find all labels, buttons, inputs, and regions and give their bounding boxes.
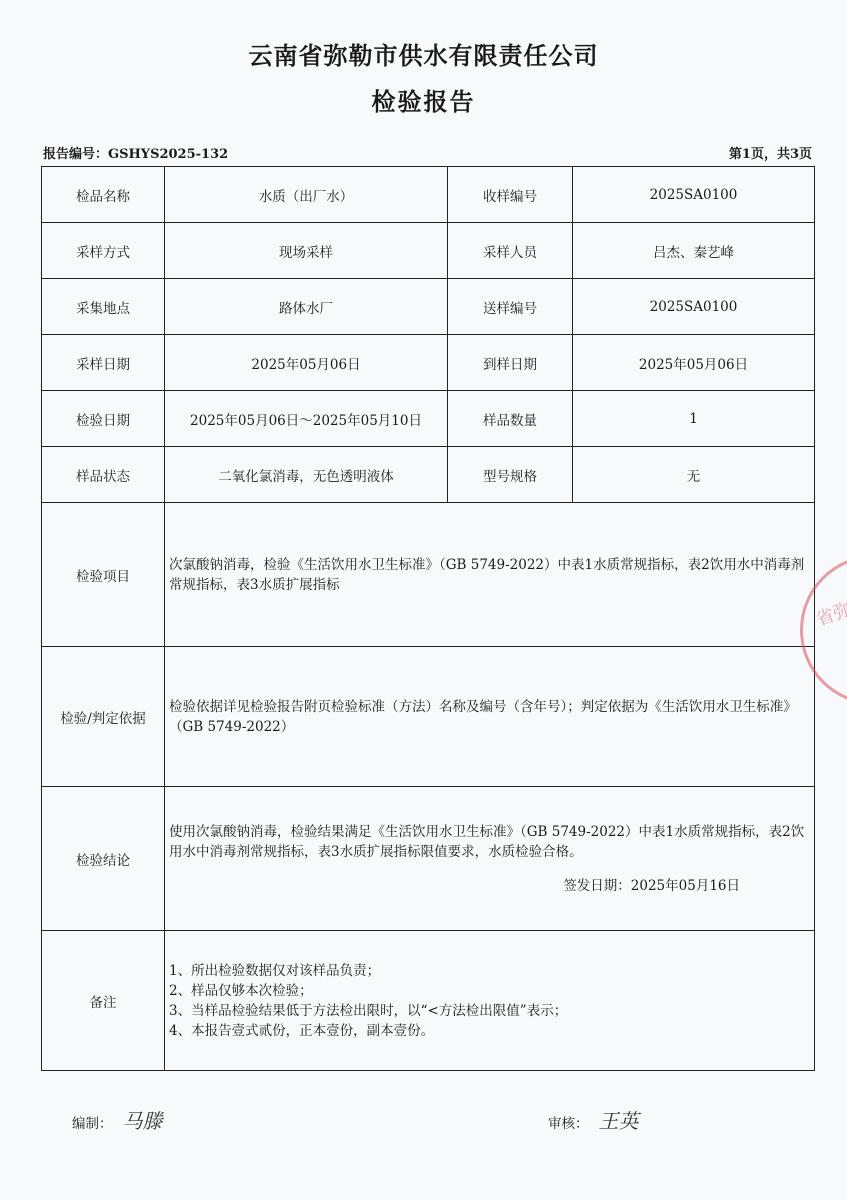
table-row: 检品名称 水质（出厂水） 收样编号 2025SA0100 [42,167,815,223]
row-label: 检品名称 [42,167,165,223]
table-row: 采集地点 路体水厂 送样编号 2025SA0100 [42,279,815,335]
reviewed-by: 审核：王英 [548,1105,639,1134]
row-value: 现场采样 [165,223,448,279]
row-label: 收样编号 [448,167,573,223]
remarks-row: 备注 1、所出检验数据仅对该样品负责； 2、样品仅够本次检验； 3、当样品检验结… [42,931,815,1071]
row-value: 2025SA0100 [573,279,815,335]
prepared-label: 编制： [72,1116,113,1132]
report-number-value: GSHYS2025-132 [108,147,228,162]
issue-date: 签发日期：2025年05月16日 [169,876,808,896]
row-label: 采样方式 [42,223,165,279]
prepared-by: 编制：马滕 [72,1105,163,1134]
company-name: 云南省弥勒市供水有限责任公司 [0,36,847,71]
row-label: 送样编号 [448,279,573,335]
conclusion-row: 检验结论 使用次氯酸钠消毒，检验结果满足《生活饮用水卫生标准》（GB 5749-… [42,787,815,931]
seal-text: 省弥勒市 [813,586,847,631]
row-value: 无 [573,447,815,503]
row-value: 二氧化氯消毒，无色透明液体 [165,447,448,503]
table-row: 样品状态 二氧化氯消毒，无色透明液体 型号规格 无 [42,447,815,503]
report-title: 检验报告 [0,82,847,117]
row-value: 2025SA0100 [573,167,815,223]
row-value: 2025年05月06日 [573,335,815,391]
row-value: 1 [573,391,815,447]
table-row: 检验日期 2025年05月06日～2025年05月10日 样品数量 1 [42,391,815,447]
remarks-cell: 1、所出检验数据仅对该样品负责； 2、样品仅够本次检验； 3、当样品检验结果低于… [165,931,815,1071]
row-value: 2025年05月06日 [165,335,448,391]
table-row: 采样日期 2025年05月06日 到样日期 2025年05月06日 [42,335,815,391]
remarks-label: 备注 [42,931,165,1071]
reviewed-label: 审核： [548,1116,589,1132]
test-items-value: 次氯酸钠消毒，检验《生活饮用水卫生标准》（GB 5749-2022）中表1水质常… [165,503,815,647]
prepared-signature: 马滕 [123,1109,163,1133]
basis-value: 检验依据详见检验报告附页检验标准（方法）名称及编号（含年号）；判定依据为《生活饮… [165,647,815,787]
row-value: 水质（出厂水） [165,167,448,223]
remark-line: 4、本报告壹式贰份，正本壹份，副本壹份。 [169,1021,808,1041]
row-label: 采样人员 [448,223,573,279]
test-items-row: 检验项目 次氯酸钠消毒，检验《生活饮用水卫生标准》（GB 5749-2022）中… [42,503,815,647]
basis-row: 检验/判定依据 检验依据详见检验报告附页检验标准（方法）名称及编号（含年号）；判… [42,647,815,787]
remark-line: 2、样品仅够本次检验； [169,981,808,1001]
conclusion-label: 检验结论 [42,787,165,931]
reviewed-signature: 王英 [599,1109,639,1133]
row-label: 型号规格 [448,447,573,503]
basis-label: 检验/判定依据 [42,647,165,787]
conclusion-cell: 使用次氯酸钠消毒，检验结果满足《生活饮用水卫生标准》（GB 5749-2022）… [165,787,815,931]
page-info: 第1页，共3页 [729,143,812,162]
conclusion-value: 使用次氯酸钠消毒，检验结果满足《生活饮用水卫生标准》（GB 5749-2022）… [169,822,808,862]
row-label: 样品状态 [42,447,165,503]
row-label: 检验日期 [42,391,165,447]
report-number-label: 报告编号： [43,147,108,162]
row-value: 路体水厂 [165,279,448,335]
test-items-label: 检验项目 [42,503,165,647]
report-number: 报告编号：GSHYS2025-132 [43,143,228,162]
row-label: 采集地点 [42,279,165,335]
row-label: 到样日期 [448,335,573,391]
report-table: 检品名称 水质（出厂水） 收样编号 2025SA0100 采样方式 现场采样 采… [41,166,815,1071]
row-value: 吕杰、秦艺峰 [573,223,815,279]
remark-line: 3、当样品检验结果低于方法检出限时，以“<方法检出限值”表示； [169,1001,808,1021]
row-value: 2025年05月06日～2025年05月10日 [165,391,448,447]
row-label: 采样日期 [42,335,165,391]
table-row: 采样方式 现场采样 采样人员 吕杰、秦艺峰 [42,223,815,279]
remark-line: 1、所出检验数据仅对该样品负责； [169,961,808,981]
row-label: 样品数量 [448,391,573,447]
